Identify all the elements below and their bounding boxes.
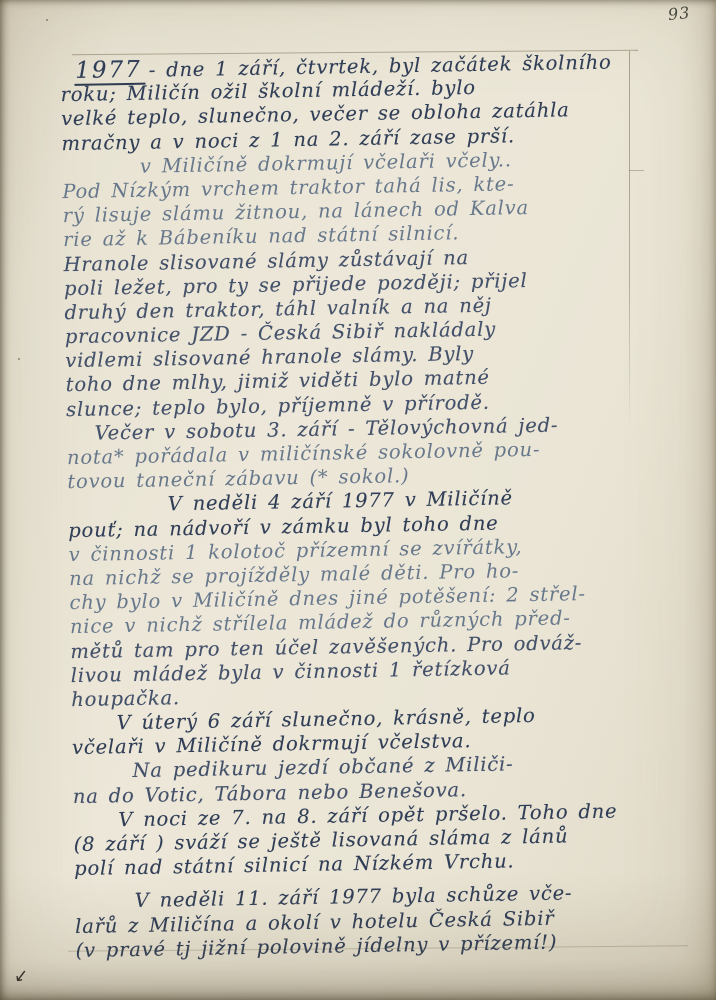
handwritten-text: 1977- dne 1 září, čtvrtek, byl začátek š… <box>60 49 668 963</box>
chronicle-page-photo: 93 1977- dne 1 září, čtvrtek, byl začáte… <box>0 0 716 1000</box>
paper-speck <box>18 358 20 360</box>
paper-speck <box>46 19 48 21</box>
page-number: 93 <box>667 3 691 24</box>
margin-arrow-mark: ↙ <box>13 965 30 987</box>
